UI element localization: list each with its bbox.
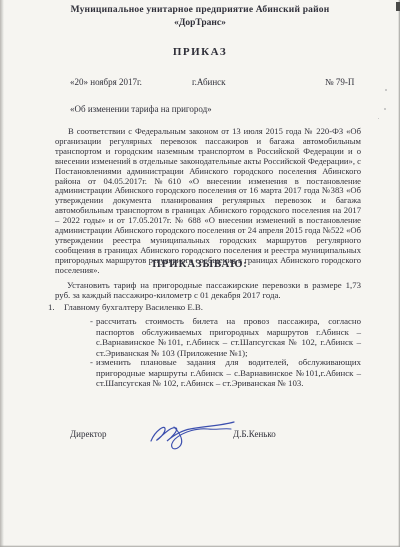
scan-speck	[385, 89, 387, 91]
document-page: Муниципальное унитарное предприятие Абин…	[0, 0, 400, 547]
document-type-title: ПРИКАЗ	[0, 46, 400, 58]
bullet-item: рассчитать стоимость билета на провоз па…	[96, 316, 361, 358]
order-paragraph: Установить тариф на пригородные пассажир…	[55, 280, 361, 301]
signatory-name: Д.Б.Кенько	[233, 429, 276, 439]
order-heading: ПРИКАЗЫВАЮ:	[0, 258, 400, 270]
document-subject: «Об изменении тарифа на пригород»	[70, 104, 212, 114]
scan-edge-left	[0, 0, 4, 547]
signature-scribble	[144, 413, 239, 457]
organization-name-line1: Муниципальное унитарное предприятие Абин…	[0, 4, 400, 17]
bullet-dash-marker: -	[90, 357, 93, 367]
scan-speck	[378, 118, 379, 119]
bullet-dash-marker: -	[90, 316, 93, 326]
organization-name-line2: «ДорТранс»	[0, 17, 400, 30]
document-number: № 79-П	[325, 77, 354, 87]
document-city: г.Абинск	[192, 77, 226, 87]
list-item-number: 1.	[48, 302, 55, 312]
scan-speck	[384, 108, 386, 110]
document-date: «20» ноября 2017г.	[70, 77, 142, 87]
bullet-item: изменить плановые задания для водителей,…	[96, 357, 361, 389]
signatory-position: Директор	[70, 429, 107, 439]
preamble-paragraph: В соответствии с Федеральным законом от …	[55, 127, 361, 276]
list-item-text: Главному бухгалтеру Василенко Е.В.	[64, 302, 203, 312]
